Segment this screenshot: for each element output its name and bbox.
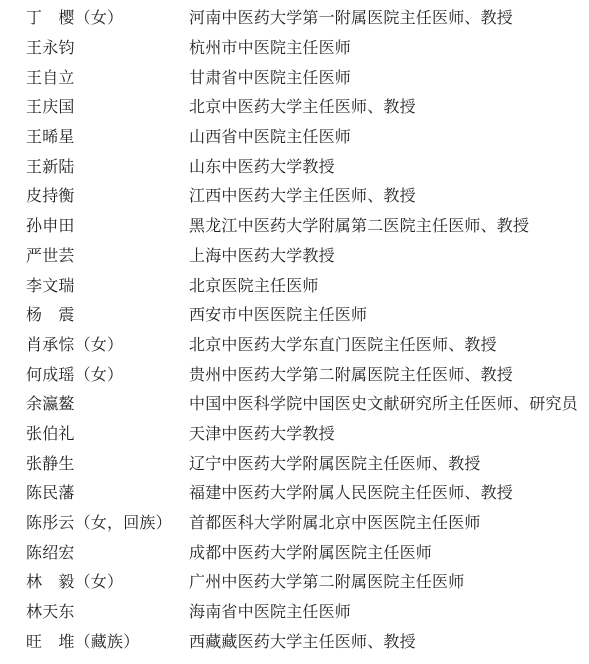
- person-name: 何成瑶（女）: [26, 362, 189, 385]
- person-name: 陈彤云（女，回族）: [26, 510, 189, 533]
- list-item: 余瀛鳌 中国中医科学院中国医史文献研究所主任医师、研究员: [0, 388, 589, 418]
- person-affiliation: 辽宁中医药大学附属医院主任医师、教授: [189, 451, 589, 474]
- person-name: 张伯礼: [26, 421, 189, 444]
- list-item: 王永钧 杭州市中医院主任医师: [0, 32, 589, 62]
- person-name: 余瀛鳌: [26, 391, 189, 414]
- person-name: 李文瑞: [26, 273, 189, 296]
- person-name: 陈绍宏: [26, 540, 189, 563]
- person-name: 张静生: [26, 451, 189, 474]
- person-name: 王自立: [26, 65, 189, 88]
- list-item: 张静生 辽宁中医药大学附属医院主任医师、教授: [0, 447, 589, 477]
- person-affiliation: 中国中医科学院中国医史文献研究所主任医师、研究员: [189, 391, 589, 414]
- person-name: 陈民藩: [26, 480, 189, 503]
- person-affiliation: 西藏藏医药大学主任医师、教授: [189, 629, 589, 652]
- person-name: 孙申田: [26, 213, 189, 236]
- person-affiliation: 广州中医药大学第二附属医院主任医师: [189, 569, 589, 592]
- person-name: 王永钧: [26, 35, 189, 58]
- person-affiliation: 山东中医药大学教授: [189, 154, 589, 177]
- list-item: 林天东 海南省中医院主任医师: [0, 596, 589, 626]
- person-name: 林 毅（女）: [26, 569, 189, 592]
- person-affiliation: 北京中医药大学东直门医院主任医师、教授: [189, 332, 589, 355]
- person-affiliation: 北京医院主任医师: [189, 273, 589, 296]
- person-affiliation: 河南中医药大学第一附属医院主任医师、教授: [189, 5, 589, 28]
- list-item: 李文瑞 北京医院主任医师: [0, 269, 589, 299]
- person-affiliation: 天津中医药大学教授: [189, 421, 589, 444]
- list-item: 陈彤云（女，回族） 首都医科大学附属北京中医医院主任医师: [0, 507, 589, 537]
- person-name: 严世芸: [26, 243, 189, 266]
- person-affiliation: 贵州中医药大学第二附属医院主任医师、教授: [189, 362, 589, 385]
- practitioner-list: 丁 樱（女） 河南中医药大学第一附属医院主任医师、教授 王永钧 杭州市中医院主任…: [0, 0, 589, 655]
- list-item: 张伯礼 天津中医药大学教授: [0, 418, 589, 448]
- list-item: 旺 堆（藏族） 西藏藏医药大学主任医师、教授: [0, 625, 589, 655]
- person-name: 王晞星: [26, 124, 189, 147]
- person-affiliation: 首都医科大学附属北京中医医院主任医师: [189, 510, 589, 533]
- person-name: 王新陆: [26, 154, 189, 177]
- list-item: 陈绍宏 成都中医药大学附属医院主任医师: [0, 536, 589, 566]
- list-item: 林 毅（女） 广州中医药大学第二附属医院主任医师: [0, 566, 589, 596]
- person-affiliation: 黑龙江中医药大学附属第二医院主任医师、教授: [189, 213, 589, 236]
- person-affiliation: 杭州市中医院主任医师: [189, 35, 589, 58]
- person-name: 旺 堆（藏族）: [26, 629, 189, 652]
- list-item: 王晞星 山西省中医院主任医师: [0, 121, 589, 151]
- person-affiliation: 山西省中医院主任医师: [189, 124, 589, 147]
- list-item: 王庆国 北京中医药大学主任医师、教授: [0, 91, 589, 121]
- list-item: 王新陆 山东中医药大学教授: [0, 150, 589, 180]
- person-affiliation: 海南省中医院主任医师: [189, 599, 589, 622]
- list-item: 肖承悰（女） 北京中医药大学东直门医院主任医师、教授: [0, 329, 589, 359]
- person-name: 杨 震: [26, 302, 189, 325]
- list-item: 孙申田 黑龙江中医药大学附属第二医院主任医师、教授: [0, 210, 589, 240]
- person-affiliation: 甘肃省中医院主任医师: [189, 65, 589, 88]
- person-affiliation: 福建中医药大学附属人民医院主任医师、教授: [189, 480, 589, 503]
- list-item: 杨 震 西安市中医医院主任医师: [0, 299, 589, 329]
- list-item: 何成瑶（女） 贵州中医药大学第二附属医院主任医师、教授: [0, 358, 589, 388]
- list-item: 丁 樱（女） 河南中医药大学第一附属医院主任医师、教授: [0, 2, 589, 32]
- person-name: 王庆国: [26, 94, 189, 117]
- person-name: 丁 樱（女）: [26, 5, 189, 28]
- person-name: 林天东: [26, 599, 189, 622]
- list-item: 陈民藩 福建中医药大学附属人民医院主任医师、教授: [0, 477, 589, 507]
- person-affiliation: 北京中医药大学主任医师、教授: [189, 94, 589, 117]
- person-name: 肖承悰（女）: [26, 332, 189, 355]
- person-affiliation: 成都中医药大学附属医院主任医师: [189, 540, 589, 563]
- list-item: 皮持衡 江西中医药大学主任医师、教授: [0, 180, 589, 210]
- person-affiliation: 江西中医药大学主任医师、教授: [189, 183, 589, 206]
- person-affiliation: 上海中医药大学教授: [189, 243, 589, 266]
- list-item: 王自立 甘肃省中医院主任医师: [0, 61, 589, 91]
- person-name: 皮持衡: [26, 183, 189, 206]
- person-affiliation: 西安市中医医院主任医师: [189, 302, 589, 325]
- list-item: 严世芸 上海中医药大学教授: [0, 240, 589, 270]
